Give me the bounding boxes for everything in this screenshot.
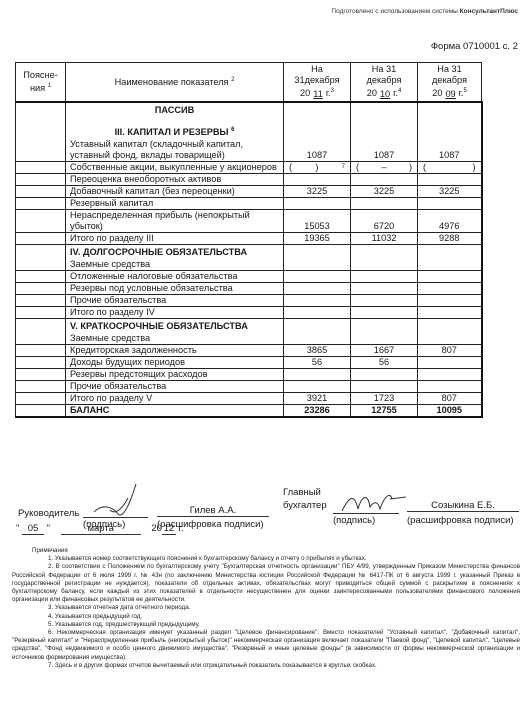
liabilities-title: ПАССИВIII. КАПИТАЛ И РЕЗЕРВЫ 6Уставный к… (66, 102, 284, 162)
value-cell (284, 271, 351, 283)
value-cell (418, 245, 482, 271)
head-signature-scribble (92, 480, 142, 520)
table-row: Кредиторская задолженность38651667807 (16, 345, 482, 357)
title-row: ПАССИВIII. КАПИТАЛ И РЕЗЕРВЫ 6Уставный к… (16, 102, 482, 162)
section-header-row: IV. ДОЛГОСРОЧНЫЕ ОБЯЗАТЕЛЬСТВАЗаемные ср… (16, 245, 482, 271)
value-cell: 807 (418, 345, 482, 357)
notes-cell (16, 357, 66, 369)
value-cell: 807 (418, 393, 482, 405)
signing-date: " 05 " марта 2012 г. (16, 523, 183, 535)
value-cell: 1087 (284, 102, 351, 162)
row-label: Прочие обязательства (66, 295, 284, 307)
row-label: Добавочный капитал (без переоценки) (66, 186, 284, 198)
notes-cell (16, 381, 66, 393)
value-cell (351, 307, 418, 319)
col-header-notes: Поясне-ния 1 (16, 63, 66, 103)
value-cell (418, 283, 482, 295)
value-cell (351, 198, 418, 210)
section-title: V. КРАТКОСРОЧНЫЕ ОБЯЗАТЕЛЬСТВАЗаемные ср… (66, 319, 284, 345)
value-cell (351, 319, 418, 345)
date-suffix: г. (179, 523, 184, 534)
notes-cell (16, 369, 66, 381)
value-cell: 4976 (418, 210, 482, 233)
table-row: БАЛАНС232861275510095 (16, 405, 482, 418)
value-cell (284, 198, 351, 210)
row-label: Итого по разделу IV (66, 307, 284, 319)
value-cell: 3225 (284, 186, 351, 198)
col-header-name: Наименование показателя 2 (66, 63, 284, 103)
value-cell: 15053 (284, 210, 351, 233)
balance-table: Поясне-ния 1 Наименование показателя 2 Н… (15, 62, 483, 418)
table-row: Переоценка внеоборотных активов (16, 174, 482, 186)
notes-title: Примечания (12, 547, 520, 555)
notes-cell (16, 307, 66, 319)
row-label: Нераспределенная прибыль (непокрытый убы… (66, 210, 284, 233)
notes-cell (16, 198, 66, 210)
value-cell (284, 245, 351, 271)
row-label: Резервы под условные обязательства (66, 283, 284, 295)
table-row: Добавочный капитал (без переоценки)32253… (16, 186, 482, 198)
value-cell: 1087 (351, 102, 418, 162)
value-cell (284, 319, 351, 345)
table-row: Нераспределенная прибыль (непокрытый убы… (16, 210, 482, 233)
accountant-signature-caption: (подпись) (333, 515, 399, 526)
value-cell: 56 (351, 357, 418, 369)
value-cell: 6720 (351, 210, 418, 233)
table-row: Собственные акции, выкупленные у акционе… (16, 162, 482, 174)
date-year: 12 (162, 523, 176, 535)
date-day: 05 (22, 523, 44, 535)
value-cell: ()7 (284, 162, 351, 174)
notes-cell (16, 283, 66, 295)
value-cell: 11032 (351, 233, 418, 245)
notes-cell (16, 271, 66, 283)
notes-cell (16, 393, 66, 405)
value-cell (418, 307, 482, 319)
value-cell (284, 369, 351, 381)
value-cell: 12755 (351, 405, 418, 418)
table-row: Итого по разделу III19365110329288 (16, 233, 482, 245)
value-cell: 3225 (351, 186, 418, 198)
row-label: Отложенные налоговые обязательства (66, 271, 284, 283)
section-header-row: V. КРАТКОСРОЧНЫЕ ОБЯЗАТЕЛЬСТВАЗаемные ср… (16, 319, 482, 345)
value-cell (284, 283, 351, 295)
note-7: 7. Здесь и в других формах отчетов вычит… (12, 662, 520, 670)
value-cell: 9288 (418, 233, 482, 245)
notes-cell (16, 345, 66, 357)
value-cell: 3921 (284, 393, 351, 405)
notes-cell (16, 162, 66, 174)
table-row: Резервы под условные обязательства (16, 283, 482, 295)
head-label: Руководитель (18, 508, 79, 519)
value-cell (418, 357, 482, 369)
note-3: 3. Указывается отчетная дата отчетного п… (12, 604, 520, 612)
value-cell (418, 381, 482, 393)
row-label: Резервы предстоящих расходов (66, 369, 284, 381)
notes-cell (16, 102, 66, 162)
note-2: 2. В соответствии с Положением по бухгал… (12, 563, 520, 604)
value-cell: () (418, 162, 482, 174)
table-row: Итого по разделу IV (16, 307, 482, 319)
value-cell: 23286 (284, 405, 351, 418)
table-row: Доходы будущих периодов5656 (16, 357, 482, 369)
notes-cell (16, 233, 66, 245)
value-cell (284, 174, 351, 186)
value-cell: 1667 (351, 345, 418, 357)
notes-cell (16, 319, 66, 345)
value-cell (351, 295, 418, 307)
notes-cell (16, 186, 66, 198)
value-cell: 10095 (418, 405, 482, 418)
row-label: Итого по разделу V (66, 393, 284, 405)
table-row: Прочие обязательства (16, 295, 482, 307)
value-cell (418, 271, 482, 283)
value-cell (351, 174, 418, 186)
note-5: 5. Указывается год, предшествующий преды… (12, 621, 520, 629)
accountant-name: Созыкина Е.Б. (407, 500, 519, 512)
table-row: Отложенные налоговые обязательства (16, 271, 482, 283)
prepared-brand: КонсультантПлюс (460, 8, 518, 15)
accountant-name-caption: (расшифровка подписи) (407, 515, 519, 526)
note-1: 1. Указывается номер соответствующего по… (12, 555, 520, 563)
notes-cell (16, 210, 66, 233)
notes-block: Примечания 1. Указывается номер соответс… (12, 547, 520, 670)
notes-cell (16, 295, 66, 307)
note-6: 6. Некоммерческая организация именует ук… (12, 629, 520, 662)
value-cell (418, 174, 482, 186)
value-cell (284, 381, 351, 393)
accountant-signature-scribble (340, 487, 410, 517)
value-cell (351, 245, 418, 271)
value-cell: 3865 (284, 345, 351, 357)
value-cell (351, 369, 418, 381)
row-label: Доходы будущих периодов (66, 357, 284, 369)
row-label: Резервный капитал (66, 198, 284, 210)
form-number: Форма 0710001 с. 2 (431, 41, 518, 52)
value-cell (351, 271, 418, 283)
row-label: БАЛАНС (66, 405, 284, 418)
col-header-period-2: На 31 декабря 2010г.4 (351, 63, 418, 103)
value-cell: 3225 (418, 186, 482, 198)
row-label: Кредиторская задолженность (66, 345, 284, 357)
col-header-period-1: На 31декабря 2011г.3 (284, 63, 351, 103)
value-cell (418, 198, 482, 210)
prepared-with-note: Подготовлено с использованием системы Ко… (331, 8, 518, 15)
table-header-row: Поясне-ния 1 Наименование показателя 2 Н… (16, 63, 482, 103)
value-cell (284, 307, 351, 319)
table-row: Резервы предстоящих расходов (16, 369, 482, 381)
notes-cell (16, 245, 66, 271)
col-header-period-3: На 31 декабря 2009г.5 (418, 63, 482, 103)
table-row: Итого по разделу V39211723807 (16, 393, 482, 405)
value-cell (418, 319, 482, 345)
prepared-prefix: Подготовлено с использованием системы (331, 8, 457, 15)
value-cell (418, 295, 482, 307)
value-cell: 56 (284, 357, 351, 369)
notes-cell (16, 405, 66, 418)
table-row: Резервный капитал (16, 198, 482, 210)
row-label: Прочие обязательства (66, 381, 284, 393)
value-cell: 1087 (418, 102, 482, 162)
note-4: 4. Указывается предыдущий год. (12, 613, 520, 621)
value-cell (418, 369, 482, 381)
date-year-prefix: 20 (151, 523, 162, 534)
row-label: Собственные акции, выкупленные у акционе… (66, 162, 284, 174)
value-cell: 19365 (284, 233, 351, 245)
value-cell: (–) (351, 162, 418, 174)
row-label: Итого по разделу III (66, 233, 284, 245)
date-month: марта (61, 523, 141, 535)
value-cell: 1723 (351, 393, 418, 405)
value-cell (284, 295, 351, 307)
row-label: Переоценка внеоборотных активов (66, 174, 284, 186)
section-title: IV. ДОЛГОСРОЧНЫЕ ОБЯЗАТЕЛЬСТВАЗаемные ср… (66, 245, 284, 271)
head-name: Гилев А.А. (157, 505, 269, 517)
value-cell (351, 381, 418, 393)
value-cell (351, 283, 418, 295)
accountant-label: Главный бухгалтер (283, 486, 327, 512)
table-row: Прочие обязательства (16, 381, 482, 393)
notes-cell (16, 174, 66, 186)
